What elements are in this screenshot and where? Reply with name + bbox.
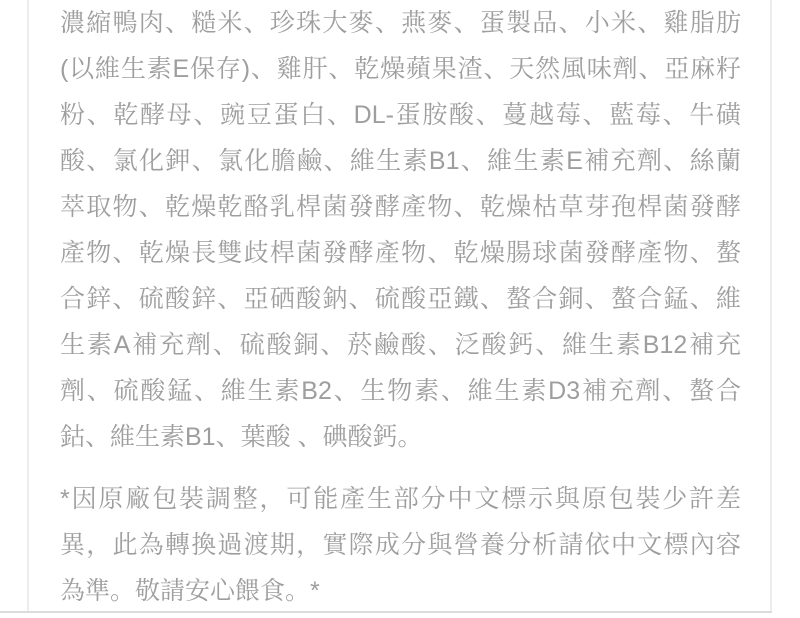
ingredients-line: 萃取物、乾燥乾酪乳桿菌發酵產物、乾燥枯草芽孢桿菌發酵 [60, 184, 741, 230]
ingredients-line: 酸、氯化鉀、氯化膽鹼、維生素B1、維生素E補充劑、絲蘭 [60, 138, 741, 184]
ingredients-line: (以維生素E保存)、雞肝、乾燥蘋果渣、天然風味劑、亞麻籽 [60, 46, 741, 92]
table-cell-border-right [770, 0, 772, 611]
disclaimer-line: 為準。敬請安心餵食。* [60, 568, 741, 614]
ingredients-line: 鈷、維生素B1、葉酸 、碘酸鈣。 [60, 414, 741, 460]
ingredients-paragraph: 濃縮鴨肉、糙米、珍珠大麥、燕麥、蛋製品、小米、雞脂肪 (以維生素E保存)、雞肝、… [60, 0, 741, 460]
ingredients-line: 生素A補充劑、硫酸銅、菸鹼酸、泛酸鈣、維生素B12補充 [60, 322, 741, 368]
table-cell-border-left [27, 0, 29, 611]
ingredients-line: 合鋅、硫酸鋅、亞硒酸鈉、硫酸亞鐵、螯合銅、螯合錳、維 [60, 276, 741, 322]
ingredients-line: 粉、乾酵母、豌豆蛋白、DL-蛋胺酸、蔓越莓、藍莓、牛磺 [60, 92, 741, 138]
disclaimer-line: *因原廠包裝調整，可能產生部分中文標示與原包裝少許差 [60, 476, 741, 522]
packaging-disclaimer-paragraph: *因原廠包裝調整，可能產生部分中文標示與原包裝少許差 異，此為轉換過渡期，實際成… [60, 476, 741, 614]
description-text-column: 濃縮鴨肉、糙米、珍珠大麥、燕麥、蛋製品、小米、雞脂肪 (以維生素E保存)、雞肝、… [60, 0, 741, 614]
product-description-panel: 濃縮鴨肉、糙米、珍珠大麥、燕麥、蛋製品、小米、雞脂肪 (以維生素E保存)、雞肝、… [0, 0, 800, 618]
ingredients-line: 劑、硫酸錳、維生素B2、生物素、維生素D3補充劑、螯合 [60, 368, 741, 414]
ingredients-line: 濃縮鴨肉、糙米、珍珠大麥、燕麥、蛋製品、小米、雞脂肪 [60, 0, 741, 46]
disclaimer-line: 異，此為轉換過渡期，實際成分與營養分析請依中文標內容 [60, 522, 741, 568]
ingredients-line: 產物、乾燥長雙歧桿菌發酵產物、乾燥腸球菌發酵產物、螯 [60, 230, 741, 276]
